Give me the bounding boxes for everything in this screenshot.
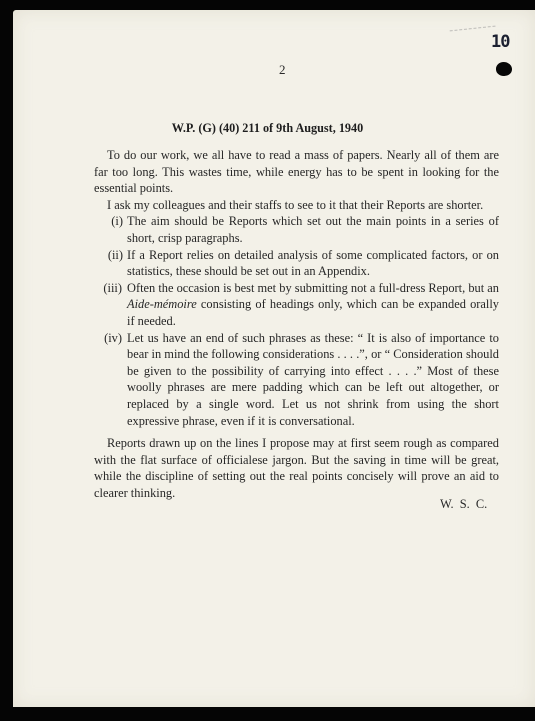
- list-item: (iii) Often the occasion is best met by …: [94, 280, 499, 330]
- list-item-text: Let us have an end of such phrases as th…: [127, 331, 499, 428]
- paragraph-intro: To do our work, we all have to read a ma…: [94, 147, 499, 197]
- list-item-italic-term: Aide-mémoire: [127, 297, 197, 311]
- scanned-document: 10 2 W.P. (G) (40) 211 of 9th August, 19…: [0, 0, 535, 721]
- list-item-text: The aim should be Reports which set out …: [127, 214, 499, 245]
- signature-initials: W. S. C.: [440, 497, 487, 512]
- paragraph-closing: Reports drawn up on the lines I propose …: [94, 435, 499, 501]
- document-title: W.P. (G) (40) 211 of 9th August, 1940: [0, 121, 535, 136]
- list-marker: (i): [99, 213, 123, 230]
- list-marker: (iii): [94, 280, 122, 297]
- list-item-text: If a Report relies on detailed analysis …: [127, 248, 499, 279]
- paragraph-request: I ask my colleagues and their staffs to …: [94, 197, 499, 214]
- list-marker: (iv): [94, 330, 122, 347]
- list-item-text-before: Often the occasion is best met by submit…: [127, 281, 499, 295]
- page-number: 2: [279, 62, 286, 78]
- punch-hole-icon: [496, 62, 512, 76]
- list-item: (ii) If a Report relies on detailed anal…: [94, 247, 499, 280]
- document-body: To do our work, we all have to read a ma…: [94, 147, 499, 501]
- folio-number: 10: [491, 32, 509, 52]
- list-item: (iv) Let us have an end of such phrases …: [94, 330, 499, 430]
- list-item: (i) The aim should be Reports which set …: [94, 213, 499, 246]
- list-marker: (ii): [97, 247, 123, 264]
